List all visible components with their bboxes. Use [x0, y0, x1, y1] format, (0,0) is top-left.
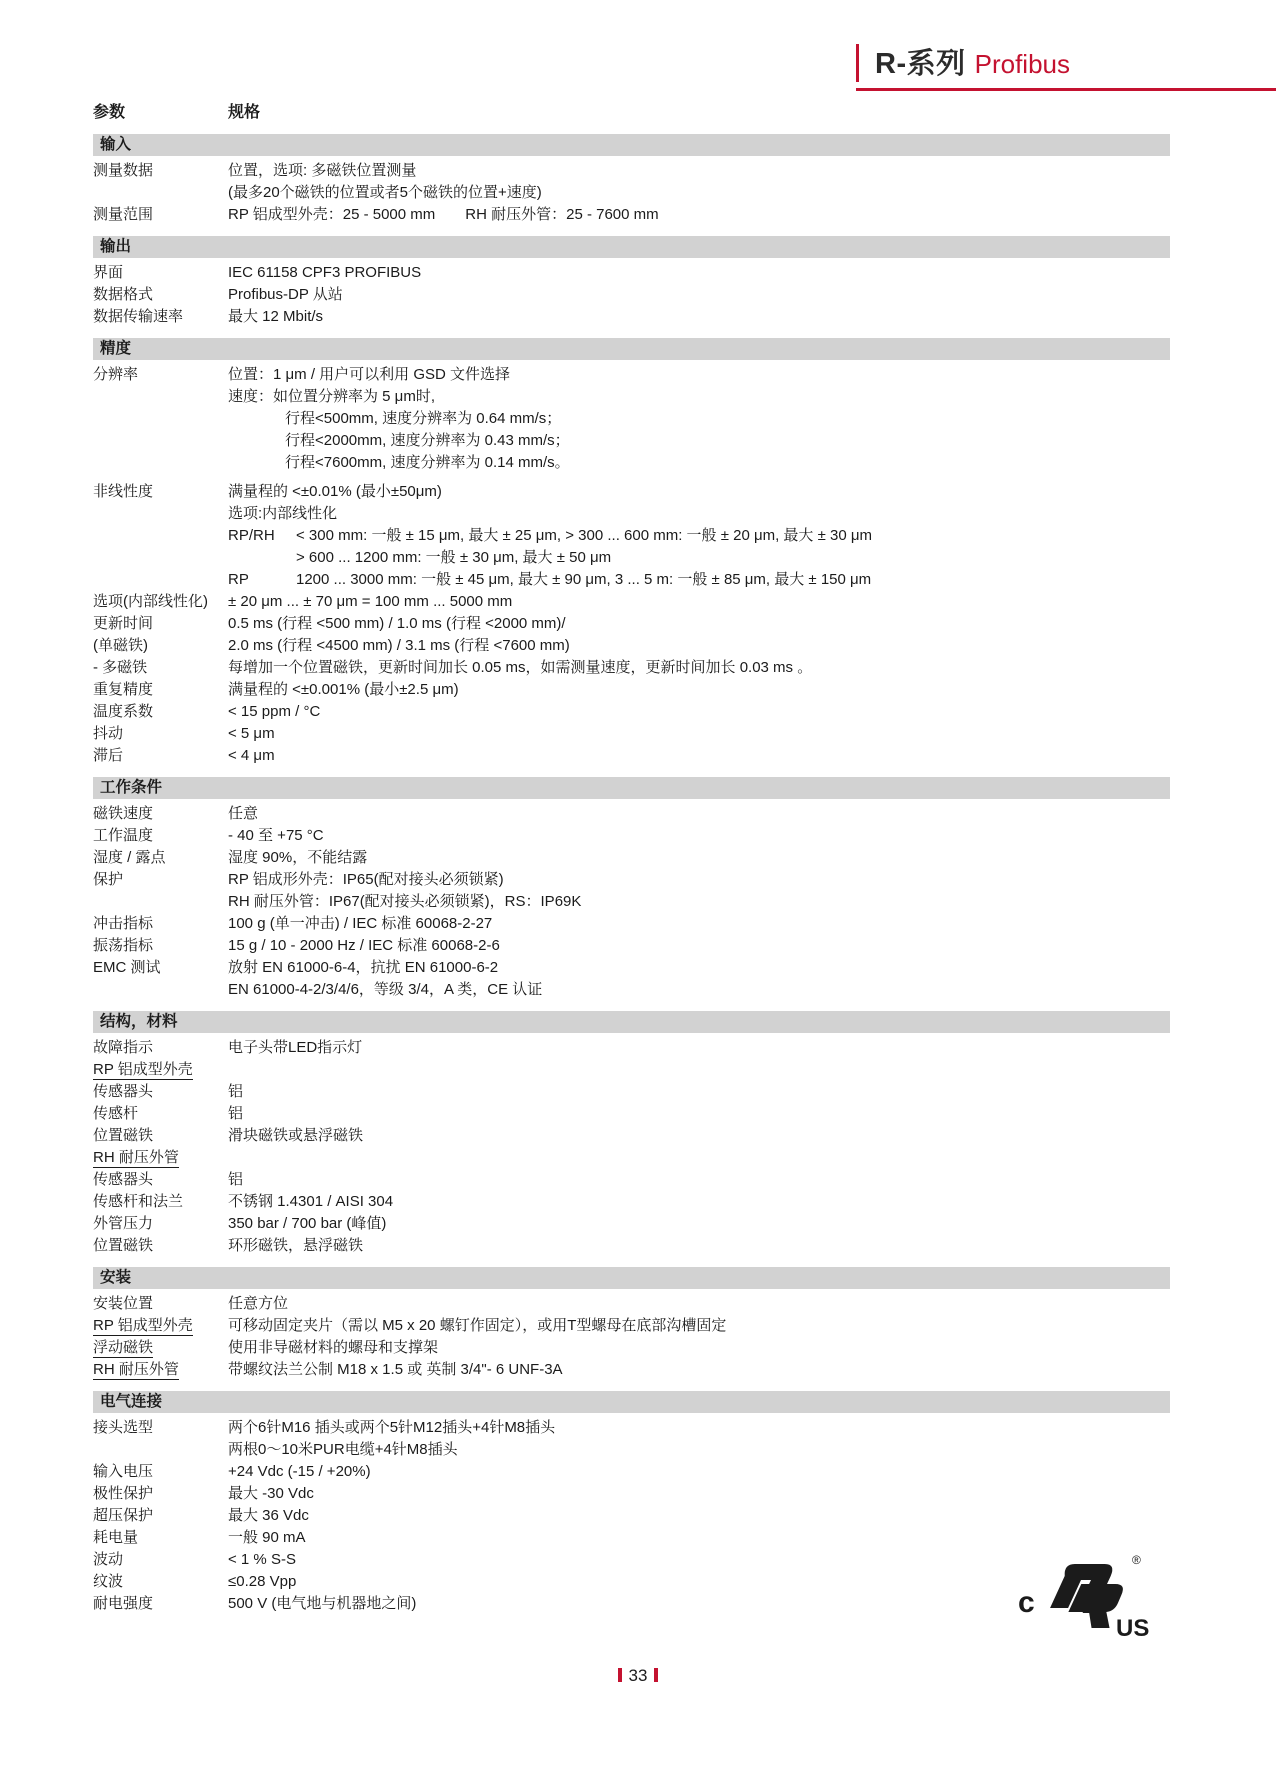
param-label-text: 输入电压: [93, 1463, 153, 1480]
spec-line: IEC 61158 CPF3 PROFIBUS: [228, 262, 1170, 284]
spec-line: 不锈钢 1.4301 / AISI 304: [228, 1191, 1170, 1213]
spec-text: 0.5 ms (行程 <500 mm) / 1.0 ms (行程 <2000 m…: [228, 615, 566, 632]
spec-text: 铝: [228, 1105, 243, 1122]
spec-text: 一般 90 mA: [228, 1529, 306, 1546]
param-label: 振荡指标: [93, 935, 228, 957]
spec-row: 非线性度满量程的 <±0.01% (最小±50μm)选项:内部线性化RP/RH<…: [93, 481, 1170, 591]
spec-text: 位置：1 μm / 用户可以利用 GSD 文件选择: [228, 366, 510, 383]
spec-line: 行程<500mm, 速度分辨率为 0.64 mm/s；: [228, 408, 1170, 430]
param-label-text: 抖动: [93, 725, 123, 742]
param-label-text: 传感器头: [93, 1083, 153, 1100]
param-label-text: RH 耐压外管: [93, 1361, 179, 1380]
header-accent-bar: [856, 44, 859, 82]
section-header: 精度: [93, 338, 1170, 360]
param-label-text: 安装位置: [93, 1295, 153, 1312]
spec-line: - 40 至 +75 °C: [228, 825, 1170, 847]
spec-text: 环形磁铁，悬浮磁铁: [228, 1237, 363, 1254]
variant-tag: RP: [228, 569, 296, 591]
spec-value: 放射 EN 61000-6-4，抗扰 EN 61000-6-2EN 61000-…: [228, 957, 1170, 1001]
spec-text: < 4 μm: [228, 747, 275, 764]
param-label: 湿度 / 露点: [93, 847, 228, 869]
spec-value: 100 g (单一冲击) / IEC 标准 60068-2-27: [228, 913, 1170, 935]
spec-line: 电子头带LED指示灯: [228, 1037, 1170, 1059]
spec-line: 满量程的 <±0.001% (最小±2.5 μm): [228, 679, 1170, 701]
spec-line: 行程<7600mm, 速度分辨率为 0.14 mm/s。: [228, 452, 1170, 474]
spec-line: 位置：1 μm / 用户可以利用 GSD 文件选择: [228, 364, 1170, 386]
spec-text: 行程<2000mm, 速度分辨率为 0.43 mm/s；: [285, 432, 570, 449]
spec-line: Profibus-DP 从站: [228, 284, 1170, 306]
ul-mark-graphic: c US ®: [1004, 1546, 1154, 1646]
param-label-text: 选项(内部线性化): [93, 593, 208, 610]
spec-line: 使用非导磁材料的螺母和支撑架: [228, 1337, 1170, 1359]
param-label-text: 界面: [93, 264, 123, 281]
param-label-text: 极性保护: [93, 1485, 153, 1502]
param-label: 磁铁速度: [93, 803, 228, 825]
spec-text: RP 铝成形外壳：IP65(配对接头必须锁紧): [228, 871, 504, 888]
param-label-text: 外管压力: [93, 1215, 153, 1232]
spec-value: 两个6针M16 插头或两个5针M12插头+4针M8插头两根0～10米PUR电缆+…: [228, 1417, 1170, 1461]
spec-line: 350 bar / 700 bar (峰值): [228, 1213, 1170, 1235]
param-label: 传感杆和法兰: [93, 1191, 228, 1213]
ul-mark-c: c: [1018, 1586, 1035, 1619]
spec-line: 最大 36 Vdc: [228, 1505, 1170, 1527]
spec-line: 位置，选项: 多磁铁位置测量: [228, 160, 1170, 182]
variant-tag: RP/RH: [228, 525, 296, 547]
spec-text: 行程<7600mm, 速度分辨率为 0.14 mm/s。: [285, 454, 570, 471]
spec-line: 铝: [228, 1081, 1170, 1103]
spec-line: (最多20个磁铁的位置或者5个磁铁的位置+速度): [228, 182, 1170, 204]
series-title: R-系列: [875, 46, 966, 82]
param-label: 传感杆: [93, 1103, 228, 1125]
param-label-text: 超压保护: [93, 1507, 153, 1524]
spec-value: 满量程的 <±0.01% (最小±50μm)选项:内部线性化RP/RH< 300…: [228, 481, 1170, 591]
spec-text: - 40 至 +75 °C: [228, 827, 324, 844]
spec-text: 最大 -30 Vdc: [228, 1485, 314, 1502]
spec-text: 滑块磁铁或悬浮磁铁: [228, 1127, 363, 1144]
spec-value: 铝: [228, 1169, 1170, 1191]
param-label-text: RP 铝成型外壳: [93, 1061, 193, 1080]
param-label-text: 耗电量: [93, 1529, 138, 1546]
param-label: - 多磁铁: [93, 657, 228, 679]
spec-line: 可移动固定夹片（需以 M5 x 20 螺钉作固定），或用T型螺母在底部沟槽固定: [228, 1315, 1170, 1337]
param-label: 温度系数: [93, 701, 228, 723]
spec-text: EN 61000-4-2/3/4/6，等级 3/4，A 类，CE 认证: [228, 981, 542, 998]
spec-text: 满量程的 <±0.01% (最小±50μm): [228, 483, 442, 500]
spec-row: RH 耐压外管带螺纹法兰公制 M18 x 1.5 或 英制 3/4"- 6 UN…: [93, 1359, 1170, 1381]
spec-row: RP 铝成型外壳: [93, 1059, 1170, 1081]
spec-row: 数据格式Profibus-DP 从站: [93, 284, 1170, 306]
spec-line: 任意方位: [228, 1293, 1170, 1315]
spec-value: < 15 ppm / °C: [228, 701, 1170, 723]
spec-value: < 4 μm: [228, 745, 1170, 767]
spec-text: 带螺纹法兰公制 M18 x 1.5 或 英制 3/4"- 6 UNF-3A: [228, 1361, 563, 1378]
spec-row: 冲击指标100 g (单一冲击) / IEC 标准 60068-2-27: [93, 913, 1170, 935]
spec-text: < 1 % S-S: [228, 1551, 296, 1568]
spec-line: 两根0～10米PUR电缆+4针M8插头: [228, 1439, 1170, 1461]
spec-row: EMC 测试放射 EN 61000-6-4，抗扰 EN 61000-6-2EN …: [93, 957, 1170, 1001]
spec-value: 任意: [228, 803, 1170, 825]
page-number: 33: [629, 1666, 648, 1685]
param-label: 位置磁铁: [93, 1125, 228, 1147]
param-label: 极性保护: [93, 1483, 228, 1505]
spec-line: 最大 12 Mbit/s: [228, 306, 1170, 328]
spec-value: 使用非导磁材料的螺母和支撑架: [228, 1337, 1170, 1359]
spec-row: 保护RP 铝成形外壳：IP65(配对接头必须锁紧)RH 耐压外管：IP67(配对…: [93, 869, 1170, 913]
spec-text: 每增加一个位置磁铁，更新时间加长 0.05 ms，如需测量速度，更新时间加长 0…: [228, 659, 812, 676]
spec-line: 每增加一个位置磁铁，更新时间加长 0.05 ms，如需测量速度，更新时间加长 0…: [228, 657, 1170, 679]
spec-value: IEC 61158 CPF3 PROFIBUS: [228, 262, 1170, 284]
spec-text: 100 g (单一冲击) / IEC 标准 60068-2-27: [228, 915, 492, 932]
param-label-text: 测量数据: [93, 162, 153, 179]
param-label: 故障指示: [93, 1037, 228, 1059]
spec-row: 传感器头铝: [93, 1081, 1170, 1103]
spec-value: 每增加一个位置磁铁，更新时间加长 0.05 ms，如需测量速度，更新时间加长 0…: [228, 657, 1170, 679]
spec-text: < 300 mm: 一般 ± 15 μm, 最大 ± 25 μm, > 300 …: [296, 525, 872, 547]
datasheet-page: R-系列 Profibus 参数 规格 输入测量数据位置，选项: 多磁铁位置测量…: [0, 0, 1276, 1789]
spec-row: 分辨率位置：1 μm / 用户可以利用 GSD 文件选择速度：如位置分辨率为 5…: [93, 364, 1170, 474]
spec-text: +24 Vdc (-15 / +20%): [228, 1463, 371, 1480]
spec-row: 测量数据位置，选项: 多磁铁位置测量(最多20个磁铁的位置或者5个磁铁的位置+速…: [93, 160, 1170, 204]
spec-value: 最大 36 Vdc: [228, 1505, 1170, 1527]
spec-row: 抖动< 5 μm: [93, 723, 1170, 745]
spec-text: 两个6针M16 插头或两个5针M12插头+4针M8插头: [228, 1419, 555, 1436]
spec-row: RP 铝成型外壳可移动固定夹片（需以 M5 x 20 螺钉作固定），或用T型螺母…: [93, 1315, 1170, 1337]
param-label: 非线性度: [93, 481, 228, 503]
param-label-text: 重复精度: [93, 681, 153, 698]
spec-text: 铝: [228, 1083, 243, 1100]
spec-text: > 600 ... 1200 mm: 一般 ± 30 μm, 最大 ± 50 μ…: [296, 549, 611, 566]
spec-row: 外管压力350 bar / 700 bar (峰值): [93, 1213, 1170, 1235]
page-number-divider: [618, 1668, 622, 1682]
spec-text: 最大 12 Mbit/s: [228, 308, 323, 325]
param-label-text: 传感杆和法兰: [93, 1193, 183, 1210]
spec-line: 最大 -30 Vdc: [228, 1483, 1170, 1505]
spec-value: 最大 -30 Vdc: [228, 1483, 1170, 1505]
param-label: EMC 测试: [93, 957, 228, 979]
param-label: 耐电强度: [93, 1593, 228, 1615]
spec-text: 2.0 ms (行程 <4500 mm) / 3.1 ms (行程 <7600 …: [228, 637, 570, 654]
spec-text: ± 20 μm ... ± 70 μm = 100 mm ... 5000 mm: [228, 593, 512, 610]
param-label-text: 温度系数: [93, 703, 153, 720]
spec-line: 行程<2000mm, 速度分辨率为 0.43 mm/s；: [228, 430, 1170, 452]
param-label-text: 保护: [93, 871, 123, 888]
param-label: 数据传输速率: [93, 306, 228, 328]
spec-row: 位置磁铁环形磁铁，悬浮磁铁: [93, 1235, 1170, 1257]
spec-table: 输入测量数据位置，选项: 多磁铁位置测量(最多20个磁铁的位置或者5个磁铁的位置…: [93, 134, 1170, 1615]
spec-row: 工作温度- 40 至 +75 °C: [93, 825, 1170, 847]
param-label-text: 数据传输速率: [93, 308, 183, 325]
spec-row: 重复精度满量程的 <±0.001% (最小±2.5 μm): [93, 679, 1170, 701]
spec-line: RP 铝成形外壳：IP65(配对接头必须锁紧): [228, 869, 1170, 891]
spec-value: 位置：1 μm / 用户可以利用 GSD 文件选择速度：如位置分辨率为 5 μm…: [228, 364, 1170, 474]
spec-line: 速度：如位置分辨率为 5 μm时,: [228, 386, 1170, 408]
column-spec: 规格: [228, 102, 260, 124]
spec-row: 位置磁铁滑块磁铁或悬浮磁铁: [93, 1125, 1170, 1147]
spec-line: 滑块磁铁或悬浮磁铁: [228, 1125, 1170, 1147]
spec-value: 湿度 90%，不能结露: [228, 847, 1170, 869]
spec-row: 选项(内部线性化)± 20 μm ... ± 70 μm = 100 mm ..…: [93, 591, 1170, 613]
spec-text: 速度：如位置分辨率为 5 μm时,: [228, 388, 435, 405]
param-label-text: 更新时间: [93, 615, 153, 632]
spec-line: 任意: [228, 803, 1170, 825]
spec-value: - 40 至 +75 °C: [228, 825, 1170, 847]
spec-row: 滞后< 4 μm: [93, 745, 1170, 767]
spec-line: RP1200 ... 3000 mm: 一般 ± 45 μm, 最大 ± 90 …: [228, 569, 1170, 591]
spec-value: 0.5 ms (行程 <500 mm) / 1.0 ms (行程 <2000 m…: [228, 613, 1170, 635]
param-label-text: (单磁铁): [93, 637, 148, 654]
spec-text: 行程<500mm, 速度分辨率为 0.64 mm/s；: [285, 410, 561, 427]
param-label-text: 位置磁铁: [93, 1127, 153, 1144]
param-label-text: 数据格式: [93, 286, 153, 303]
spec-line: +24 Vdc (-15 / +20%): [228, 1461, 1170, 1483]
spec-value: RP 铝成形外壳：IP65(配对接头必须锁紧)RH 耐压外管：IP67(配对接头…: [228, 869, 1170, 913]
spec-row: (单磁铁)2.0 ms (行程 <4500 mm) / 3.1 ms (行程 <…: [93, 635, 1170, 657]
spec-text: < 15 ppm / °C: [228, 703, 320, 720]
param-label: 位置磁铁: [93, 1235, 228, 1257]
spec-text: RP 铝成型外壳：25 - 5000 mm RH 耐压外管：25 - 7600 …: [228, 206, 659, 223]
spec-row: 安装位置任意方位: [93, 1293, 1170, 1315]
param-label: 浮动磁铁: [93, 1337, 228, 1359]
bus-title: Profibus: [975, 46, 1070, 82]
param-label-text: 传感器头: [93, 1171, 153, 1188]
spec-line: 选项:内部线性化: [228, 503, 1170, 525]
spec-row: 界面IEC 61158 CPF3 PROFIBUS: [93, 262, 1170, 284]
spec-row: 传感杆铝: [93, 1103, 1170, 1125]
spec-value: 带螺纹法兰公制 M18 x 1.5 或 英制 3/4"- 6 UNF-3A: [228, 1359, 1170, 1381]
spec-text: 1200 ... 3000 mm: 一般 ± 45 μm, 最大 ± 90 μm…: [296, 569, 871, 591]
spec-row: 测量范围RP 铝成型外壳：25 - 5000 mm RH 耐压外管：25 - 7…: [93, 204, 1170, 226]
spec-line: 带螺纹法兰公制 M18 x 1.5 或 英制 3/4"- 6 UNF-3A: [228, 1359, 1170, 1381]
spec-text: 不锈钢 1.4301 / AISI 304: [228, 1193, 393, 1210]
spec-line: RP/RH< 300 mm: 一般 ± 15 μm, 最大 ± 25 μm, >…: [228, 525, 1170, 547]
spec-text: IEC 61158 CPF3 PROFIBUS: [228, 264, 421, 281]
spec-row: RH 耐压外管: [93, 1147, 1170, 1169]
spec-line: 放射 EN 61000-6-4，抗扰 EN 61000-6-2: [228, 957, 1170, 979]
param-label: 传感器头: [93, 1081, 228, 1103]
param-label: RP 铝成型外壳: [93, 1059, 228, 1081]
param-label-text: 湿度 / 露点: [93, 849, 166, 866]
spec-value: 任意方位: [228, 1293, 1170, 1315]
section-header: 输出: [93, 236, 1170, 258]
column-headers: 参数 规格: [93, 102, 1170, 124]
ul-recognized-mark: c US ®: [1004, 1546, 1154, 1646]
param-label: 滞后: [93, 745, 228, 767]
param-label: 纹波: [93, 1571, 228, 1593]
spec-line: 湿度 90%，不能结露: [228, 847, 1170, 869]
spec-value: 位置，选项: 多磁铁位置测量(最多20个磁铁的位置或者5个磁铁的位置+速度): [228, 160, 1170, 204]
param-label-text: 冲击指标: [93, 915, 153, 932]
spec-text: 任意: [228, 805, 258, 822]
param-label: 选项(内部线性化): [93, 591, 228, 613]
param-label: 分辨率: [93, 364, 228, 386]
spec-row: - 多磁铁每增加一个位置磁铁，更新时间加长 0.05 ms，如需测量速度，更新时…: [93, 657, 1170, 679]
spec-row: 数据传输速率最大 12 Mbit/s: [93, 306, 1170, 328]
spec-row: 浮动磁铁使用非导磁材料的螺母和支撑架: [93, 1337, 1170, 1359]
param-label-text: 波动: [93, 1551, 123, 1568]
param-label: (单磁铁): [93, 635, 228, 657]
param-label: 超压保护: [93, 1505, 228, 1527]
param-label-text: 分辨率: [93, 366, 138, 383]
param-label-text: 位置磁铁: [93, 1237, 153, 1254]
param-label: 接头选型: [93, 1417, 228, 1439]
param-label: 数据格式: [93, 284, 228, 306]
spec-text: RH 耐压外管：IP67(配对接头必须锁紧)，RS：IP69K: [228, 893, 581, 910]
section-header: 电气连接: [93, 1391, 1170, 1413]
param-label: 工作温度: [93, 825, 228, 847]
spec-value: 滑块磁铁或悬浮磁铁: [228, 1125, 1170, 1147]
spec-value: 铝: [228, 1103, 1170, 1125]
param-label-text: 振荡指标: [93, 937, 153, 954]
spec-value: 铝: [228, 1081, 1170, 1103]
ul-mark-us: US: [1116, 1615, 1149, 1642]
param-label-text: 工作温度: [93, 827, 153, 844]
spec-line: 0.5 ms (行程 <500 mm) / 1.0 ms (行程 <2000 m…: [228, 613, 1170, 635]
spec-text: Profibus-DP 从站: [228, 286, 343, 303]
spec-value: 最大 12 Mbit/s: [228, 306, 1170, 328]
spec-line: 2.0 ms (行程 <4500 mm) / 3.1 ms (行程 <7600 …: [228, 635, 1170, 657]
param-label: 重复精度: [93, 679, 228, 701]
spec-value: 350 bar / 700 bar (峰值): [228, 1213, 1170, 1235]
spec-row: 输入电压+24 Vdc (-15 / +20%): [93, 1461, 1170, 1483]
param-label-text: 滞后: [93, 747, 123, 764]
param-label-text: EMC 测试: [93, 959, 161, 976]
section-header: 工作条件: [93, 777, 1170, 799]
spec-line: < 4 μm: [228, 745, 1170, 767]
spec-text: 位置，选项: 多磁铁位置测量: [228, 162, 416, 179]
spec-value: 2.0 ms (行程 <4500 mm) / 3.1 ms (行程 <7600 …: [228, 635, 1170, 657]
section-header: 结构，材料: [93, 1011, 1170, 1033]
param-label: 耗电量: [93, 1527, 228, 1549]
spec-line: ± 20 μm ... ± 70 μm = 100 mm ... 5000 mm: [228, 591, 1170, 613]
spec-text: 铝: [228, 1171, 243, 1188]
param-label: 更新时间: [93, 613, 228, 635]
param-label: 保护: [93, 869, 228, 891]
spec-text: ≤0.28 Vpp: [228, 1573, 296, 1590]
page-footer: 33: [0, 1666, 1276, 1686]
spec-text: 满量程的 <±0.001% (最小±2.5 μm): [228, 681, 459, 698]
param-label-text: 纹波: [93, 1573, 123, 1590]
spec-value: < 5 μm: [228, 723, 1170, 745]
spec-text: 最大 36 Vdc: [228, 1507, 309, 1524]
section-header: 安装: [93, 1267, 1170, 1289]
spec-line: < 5 μm: [228, 723, 1170, 745]
param-label: 抖动: [93, 723, 228, 745]
param-label-text: 耐电强度: [93, 1595, 153, 1612]
spec-row: 湿度 / 露点湿度 90%，不能结露: [93, 847, 1170, 869]
param-label: 外管压力: [93, 1213, 228, 1235]
spec-value: 环形磁铁，悬浮磁铁: [228, 1235, 1170, 1257]
page-number-divider: [654, 1668, 658, 1682]
spec-line: 满量程的 <±0.01% (最小±50μm): [228, 481, 1170, 503]
param-label-text: 接头选型: [93, 1419, 153, 1436]
spec-row: 传感器头铝: [93, 1169, 1170, 1191]
doc-header: R-系列 Profibus: [856, 44, 1070, 82]
param-label-text: RH 耐压外管: [93, 1149, 179, 1168]
spec-row: 温度系数< 15 ppm / °C: [93, 701, 1170, 723]
spec-row: 故障指示电子头带LED指示灯: [93, 1037, 1170, 1059]
param-label: 冲击指标: [93, 913, 228, 935]
param-label-text: 传感杆: [93, 1105, 138, 1122]
param-label-text: 磁铁速度: [93, 805, 153, 822]
param-label: 界面: [93, 262, 228, 284]
spec-row: 传感杆和法兰不锈钢 1.4301 / AISI 304: [93, 1191, 1170, 1213]
spec-line: > 600 ... 1200 mm: 一般 ± 30 μm, 最大 ± 50 μ…: [228, 547, 1170, 569]
param-label: RH 耐压外管: [93, 1359, 228, 1381]
spec-line: 15 g / 10 - 2000 Hz / IEC 标准 60068-2-6: [228, 935, 1170, 957]
spec-line: 两个6针M16 插头或两个5针M12插头+4针M8插头: [228, 1417, 1170, 1439]
spec-line: < 15 ppm / °C: [228, 701, 1170, 723]
spec-text: 350 bar / 700 bar (峰值): [228, 1215, 386, 1232]
spec-text: < 5 μm: [228, 725, 275, 742]
spec-text: 可移动固定夹片（需以 M5 x 20 螺钉作固定），或用T型螺母在底部沟槽固定: [228, 1317, 726, 1334]
param-label: 测量数据: [93, 160, 228, 182]
spec-value: +24 Vdc (-15 / +20%): [228, 1461, 1170, 1483]
param-label-text: 浮动磁铁: [93, 1339, 153, 1358]
spec-value: 不锈钢 1.4301 / AISI 304: [228, 1191, 1170, 1213]
registered-trademark-icon: ®: [1132, 1553, 1141, 1567]
spec-value: Profibus-DP 从站: [228, 284, 1170, 306]
spec-line: EN 61000-4-2/3/4/6，等级 3/4，A 类，CE 认证: [228, 979, 1170, 1001]
spec-text: 湿度 90%，不能结露: [228, 849, 367, 866]
spec-text: (最多20个磁铁的位置或者5个磁铁的位置+速度): [228, 184, 542, 201]
param-label: 输入电压: [93, 1461, 228, 1483]
param-label-text: 测量范围: [93, 206, 153, 223]
spec-row: 极性保护最大 -30 Vdc: [93, 1483, 1170, 1505]
param-label: 波动: [93, 1549, 228, 1571]
spec-text: 放射 EN 61000-6-4，抗扰 EN 61000-6-2: [228, 959, 498, 976]
param-label-text: 故障指示: [93, 1039, 153, 1056]
spec-text: 选项:内部线性化: [228, 505, 337, 522]
section-header: 输入: [93, 134, 1170, 156]
param-label: RH 耐压外管: [93, 1147, 228, 1169]
param-label: 测量范围: [93, 204, 228, 226]
param-label: 安装位置: [93, 1293, 228, 1315]
spec-text: 500 V (电气地与机器地之间): [228, 1595, 416, 1612]
spec-row: 磁铁速度任意: [93, 803, 1170, 825]
spec-text: 两根0～10米PUR电缆+4针M8插头: [228, 1441, 458, 1458]
spec-text: 15 g / 10 - 2000 Hz / IEC 标准 60068-2-6: [228, 937, 500, 954]
spec-row: 振荡指标15 g / 10 - 2000 Hz / IEC 标准 60068-2…: [93, 935, 1170, 957]
spec-value: RP 铝成型外壳：25 - 5000 mm RH 耐压外管：25 - 7600 …: [228, 204, 1170, 226]
spec-value: ± 20 μm ... ± 70 μm = 100 mm ... 5000 mm: [228, 591, 1170, 613]
spec-row: 更新时间0.5 ms (行程 <500 mm) / 1.0 ms (行程 <20…: [93, 613, 1170, 635]
param-label-text: RP 铝成型外壳: [93, 1317, 193, 1336]
param-label: 传感器头: [93, 1169, 228, 1191]
spec-row: 接头选型两个6针M16 插头或两个5针M12插头+4针M8插头两根0～10米PU…: [93, 1417, 1170, 1461]
param-label: RP 铝成型外壳: [93, 1315, 228, 1337]
param-label-text: 非线性度: [93, 483, 153, 500]
spec-line: 铝: [228, 1169, 1170, 1191]
spec-text: 电子头带LED指示灯: [228, 1039, 362, 1056]
spec-text: 任意方位: [228, 1295, 288, 1312]
spec-value: 可移动固定夹片（需以 M5 x 20 螺钉作固定），或用T型螺母在底部沟槽固定: [228, 1315, 1170, 1337]
spec-line: 100 g (单一冲击) / IEC 标准 60068-2-27: [228, 913, 1170, 935]
spec-value: 满量程的 <±0.001% (最小±2.5 μm): [228, 679, 1170, 701]
spec-row: 超压保护最大 36 Vdc: [93, 1505, 1170, 1527]
param-label-text: - 多磁铁: [93, 659, 147, 676]
spec-text: 使用非导磁材料的螺母和支撑架: [228, 1339, 438, 1356]
spec-line: 环形磁铁，悬浮磁铁: [228, 1235, 1170, 1257]
spec-value: 电子头带LED指示灯: [228, 1037, 1170, 1059]
spec-line: RP 铝成型外壳：25 - 5000 mm RH 耐压外管：25 - 7600 …: [228, 204, 1170, 226]
header-rule: [856, 88, 1276, 91]
spec-line: 铝: [228, 1103, 1170, 1125]
spec-sheet: 参数 规格 输入测量数据位置，选项: 多磁铁位置测量(最多20个磁铁的位置或者5…: [93, 102, 1170, 1615]
spec-line: RH 耐压外管：IP67(配对接头必须锁紧)，RS：IP69K: [228, 891, 1170, 913]
spec-value: 15 g / 10 - 2000 Hz / IEC 标准 60068-2-6: [228, 935, 1170, 957]
column-param: 参数: [93, 102, 228, 124]
